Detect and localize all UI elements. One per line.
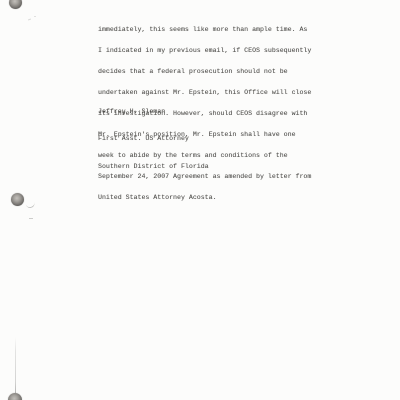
signer-title: First Asst. US Attorney (98, 135, 209, 142)
body-line: decides that a federal prosecution shoul… (98, 68, 311, 75)
scan-speck (29, 218, 33, 219)
signer-office: Southern District of Florida (98, 163, 209, 170)
body-line: United States Attorney Acosta. (98, 194, 311, 201)
scanned-letter-page: immediately, this seems like more than a… (0, 0, 400, 400)
scan-speck (34, 16, 36, 17)
body-line: immediately, this seems like more than a… (98, 26, 311, 33)
hole-punch-middle-icon (11, 193, 24, 206)
hole-punch-bottom-icon (8, 393, 22, 400)
hole-punch-top-icon (9, 0, 22, 9)
body-line: I indicated in my previous email, if CEO… (98, 47, 311, 54)
signature-block: Jeffrey H. Sloman First Asst. US Attorne… (98, 94, 209, 190)
scan-curl-mark (25, 201, 35, 209)
signer-name: Jeffrey H. Sloman (98, 108, 209, 115)
scan-scratch-line (15, 337, 16, 393)
scan-speck (28, 19, 31, 21)
